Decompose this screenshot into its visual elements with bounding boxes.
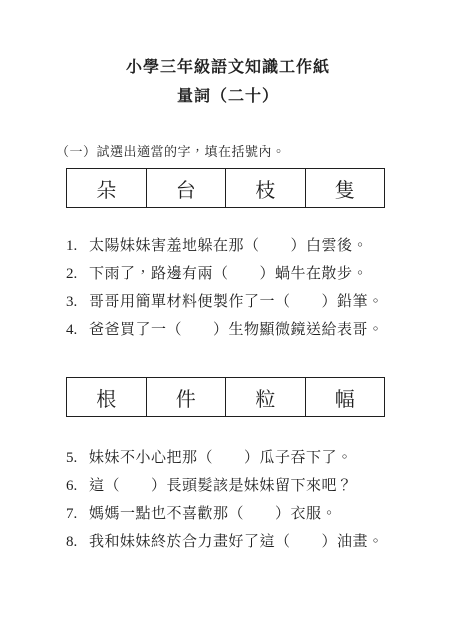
word-bank-cell: 台 (146, 169, 226, 208)
section-instruction: （一）試選出適當的字，填在括號內。 (56, 144, 390, 160)
word-bank-cell: 件 (146, 378, 226, 417)
word-bank-cell: 隻 (305, 169, 385, 208)
word-bank-cell: 根 (67, 378, 147, 417)
question-row: 2. 下雨了，路邊有兩（ ）蝸牛在散步。 (66, 260, 390, 288)
question-row: 4. 爸爸買了一（ ）生物顯微鏡送給表哥。 (66, 316, 390, 344)
question-text: 我和妹妹終於合力畫好了這（ ）油畫。 (89, 528, 384, 556)
word-bank-table-2: 根 件 粒 幅 (66, 377, 385, 417)
question-row: 6. 這（ ）長頭髮該是妹妹留下來吧？ (66, 472, 390, 500)
question-text: 哥哥用簡單材料便製作了一（ ）鉛筆。 (89, 288, 384, 316)
question-text: 媽媽一點也不喜歡那（ ）衣服。 (89, 500, 337, 528)
question-text: 爸爸買了一（ ）生物顯微鏡送給表哥。 (89, 316, 384, 344)
question-number: 4. (66, 316, 86, 344)
word-bank-cell: 粒 (226, 378, 306, 417)
question-list-2: 5. 妹妹不小心把那（ ）瓜子吞下了。 6. 這（ ）長頭髮該是妹妹留下來吧？ … (66, 444, 390, 556)
worksheet-page: 小學三年級語文知識工作紙 量詞（二十） （一）試選出適當的字，填在括號內。 朵 … (0, 0, 453, 640)
question-number: 8. (66, 528, 86, 556)
question-number: 7. (66, 500, 86, 528)
page-title: 小學三年級語文知識工作紙 (66, 58, 390, 78)
word-bank-cell: 枝 (226, 169, 306, 208)
word-bank-cell: 幅 (305, 378, 385, 417)
question-row: 5. 妹妹不小心把那（ ）瓜子吞下了。 (66, 444, 390, 472)
question-list-1: 1. 太陽妹妹害羞地躲在那（ ）白雲後。 2. 下雨了，路邊有兩（ ）蝸牛在散步… (66, 232, 390, 344)
question-row: 1. 太陽妹妹害羞地躲在那（ ）白雲後。 (66, 232, 390, 260)
question-row: 3. 哥哥用簡單材料便製作了一（ ）鉛筆。 (66, 288, 390, 316)
question-number: 5. (66, 444, 86, 472)
question-row: 8. 我和妹妹終於合力畫好了這（ ）油畫。 (66, 528, 390, 556)
question-number: 2. (66, 260, 86, 288)
word-bank-table-1: 朵 台 枝 隻 (66, 168, 385, 208)
question-number: 1. (66, 232, 86, 260)
question-text: 太陽妹妹害羞地躲在那（ ）白雲後。 (89, 232, 368, 260)
word-bank-row: 朵 台 枝 隻 (67, 169, 385, 208)
question-number: 3. (66, 288, 86, 316)
word-bank-row: 根 件 粒 幅 (67, 378, 385, 417)
word-bank-cell: 朵 (67, 169, 147, 208)
question-text: 下雨了，路邊有兩（ ）蝸牛在散步。 (89, 260, 368, 288)
question-text: 這（ ）長頭髮該是妹妹留下來吧？ (89, 472, 353, 500)
question-number: 6. (66, 472, 86, 500)
page-subtitle: 量詞（二十） (66, 87, 390, 107)
word-bank-section-2: 根 件 粒 幅 (66, 377, 390, 417)
question-row: 7. 媽媽一點也不喜歡那（ ）衣服。 (66, 500, 390, 528)
question-text: 妹妹不小心把那（ ）瓜子吞下了。 (89, 444, 353, 472)
